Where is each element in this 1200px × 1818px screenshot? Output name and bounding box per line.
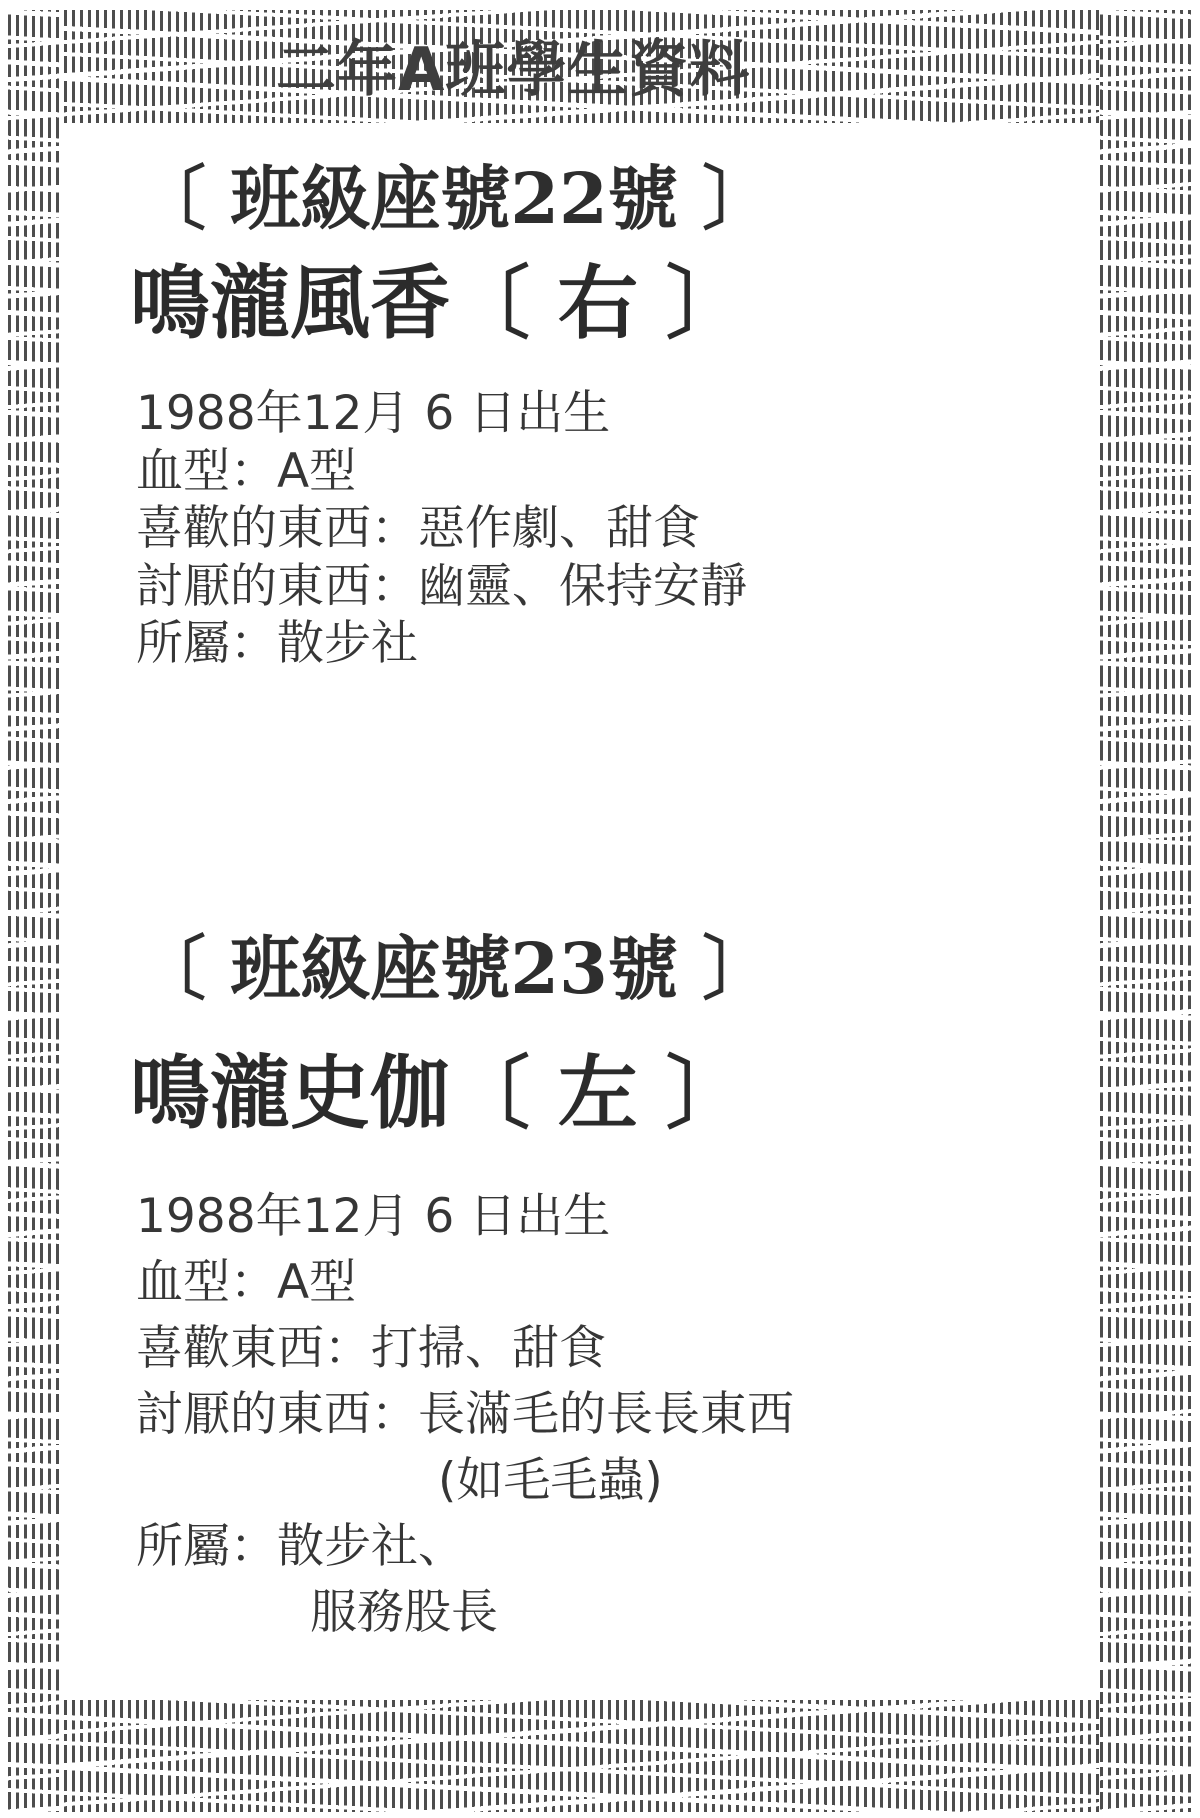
likes-line: 喜歡的東西：惡作劇、甜食 <box>136 500 747 558</box>
border-left-hatch <box>8 10 60 1812</box>
page-title: 二年A班學生資料 <box>276 40 750 100</box>
club-line: 所屬：散步社、 <box>136 1514 794 1580</box>
birthdate-line: 1988年12月 6 日出生 <box>136 385 747 443</box>
dislikes-line: 討厭的東西：長滿毛的長長東西 <box>136 1382 794 1448</box>
border-bottom-hatch <box>8 1700 1193 1812</box>
likes-line: 喜歡東西：打掃、甜食 <box>136 1316 794 1382</box>
club-role-line: 服務股長 <box>136 1580 794 1646</box>
birthdate-line: 1988年12月 6 日出生 <box>136 1184 794 1250</box>
seat-number-heading-23: 〔 班級座號23號 〕 <box>136 932 772 1006</box>
student-name-fumika: 鳴瀧史伽〔 左 〕 <box>130 1052 746 1136</box>
student-name-fuuka: 鳴瀧風香〔 右 〕 <box>130 262 746 346</box>
dislikes-note-line: (如毛毛蟲) <box>136 1448 794 1514</box>
border-right-hatch <box>1100 10 1193 1812</box>
blood-type-line: 血型：A型 <box>136 1250 794 1316</box>
blood-type-line: 血型：A型 <box>136 443 747 501</box>
seat-number-heading-22: 〔 班級座號22號 〕 <box>136 162 772 236</box>
student-data-page: 二年A班學生資料 〔 班級座號22號 〕 鳴瀧風香〔 右 〕 1988年12月 … <box>0 0 1200 1818</box>
profile-details-23: 1988年12月 6 日出生 血型：A型 喜歡東西：打掃、甜食 討厭的東西：長滿… <box>136 1184 794 1646</box>
dislikes-line: 討厭的東西：幽靈、保持安靜 <box>136 558 747 616</box>
club-line: 所屬：散步社 <box>136 615 747 673</box>
profile-details-22: 1988年12月 6 日出生 血型：A型 喜歡的東西：惡作劇、甜食 討厭的東西：… <box>136 385 747 673</box>
